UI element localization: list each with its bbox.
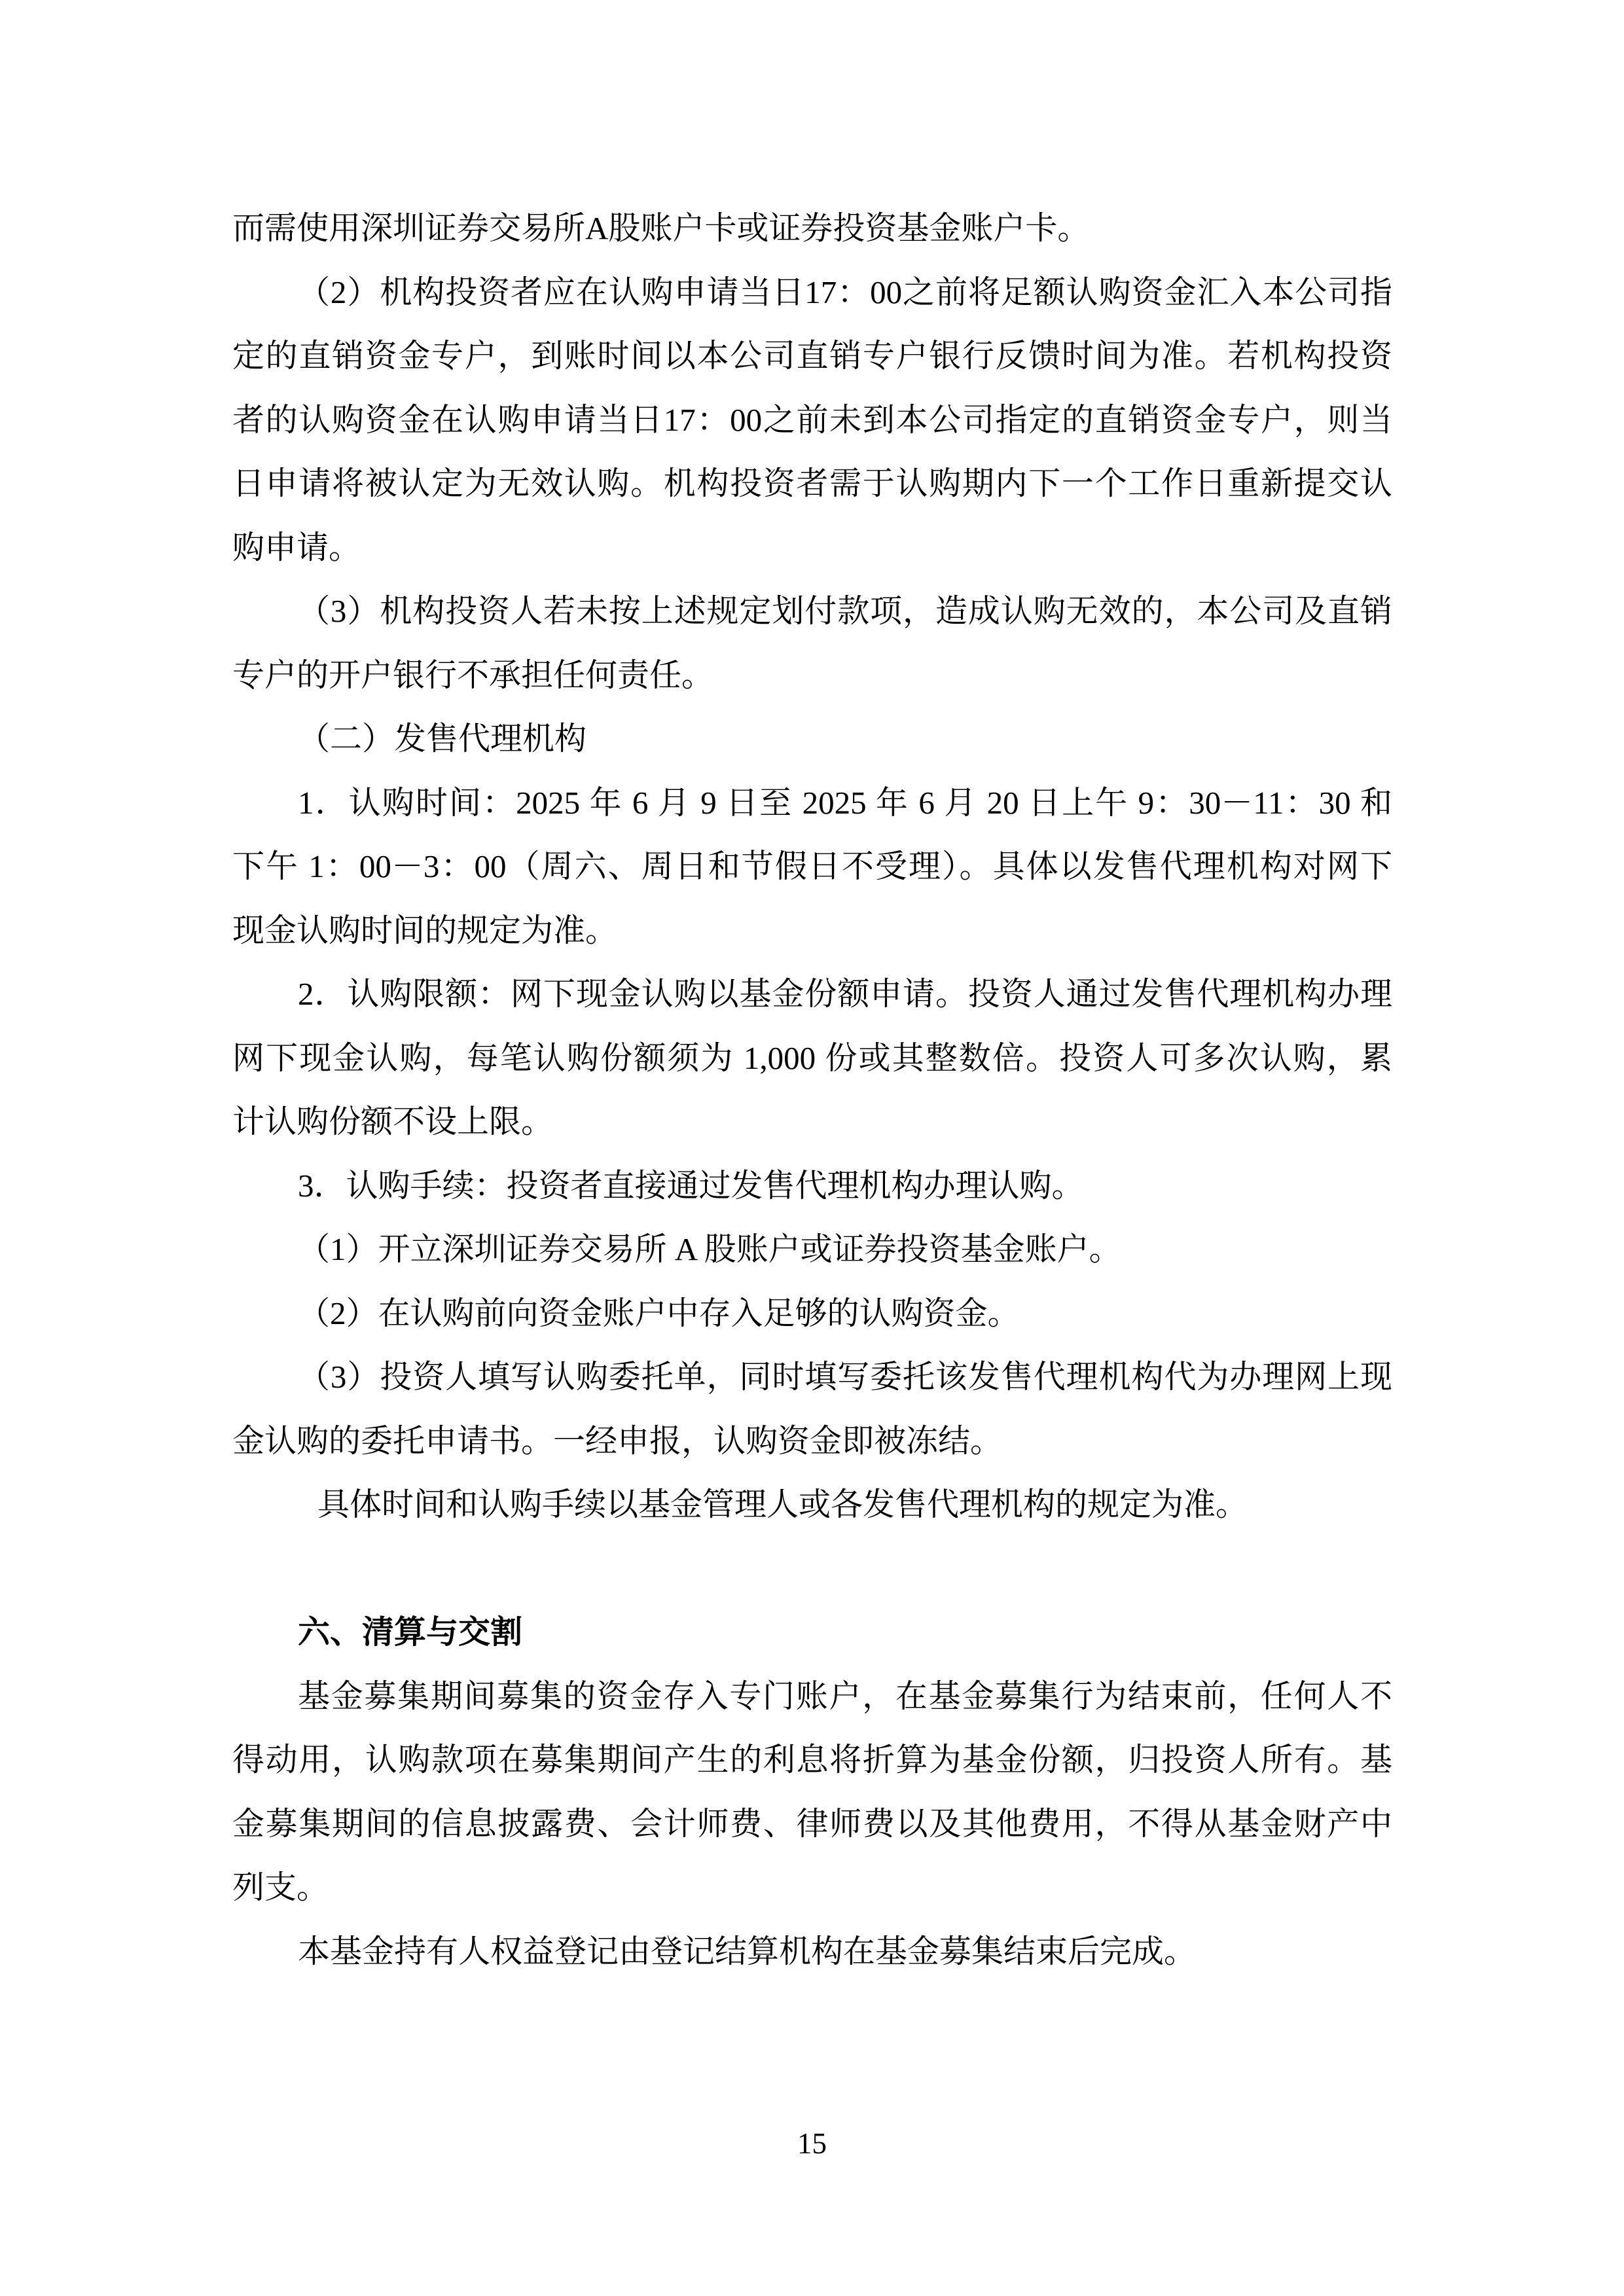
document-line: 列支。 [232,1856,1392,1920]
document-line: 专户的开户银行不承担任何责任。 [232,643,1392,708]
document-line: 者的认购资金在认购申请当日17：00之前未到本公司指定的直销资金专户，则当 [232,388,1392,452]
document-line: 定的直销资金专户，到账时间以本公司直销专户银行反馈时间为准。若机构投资 [232,324,1392,388]
document-line: 本基金持有人权益登记由登记结算机构在基金募集结束后完成。 [232,1920,1392,1984]
document-line: 3．认购手续：投资者直接通过发售代理机构办理认购。 [232,1154,1392,1218]
page-number: 15 [0,2127,1624,2160]
document-line: 日申请将被认定为无效认购。机构投资者需于认购期内下一个工作日重新提交认 [232,452,1392,516]
document-line: 具体时间和认购手续以基金管理人或各发售代理机构的规定为准。 [232,1473,1392,1537]
document-line: 1．认购时间：2025 年 6 月 9 日至 2025 年 6 月 20 日上午… [232,771,1392,835]
document-line: （3）机构投资人若未按上述规定划付款项，造成认购无效的，本公司及直销 [232,579,1392,643]
document-line: 购申请。 [232,516,1392,580]
document-line: 金募集期间的信息披露费、会计师费、律师费以及其他费用，不得从基金财产中 [232,1792,1392,1856]
document-line: 现金认购时间的规定为准。 [232,899,1392,963]
document-line: 基金募集期间募集的资金存入专门账户，在基金募集行为结束前，任何人不 [232,1664,1392,1729]
document-line: （2）机构投资者应在认购申请当日17：00之前将足额认购资金汇入本公司指 [232,260,1392,325]
blank-line [232,1537,1392,1601]
document-line: 得动用，认购款项在募集期间产生的利息将折算为基金份额，归投资人所有。基 [232,1728,1392,1792]
document-line: 网下现金认购，每笔认购份额须为 1,000 份或其整数倍。投资人可多次认购，累 [232,1026,1392,1090]
document-line: （二）发售代理机构 [232,707,1392,771]
document-line: （2）在认购前向资金账户中存入足够的认购资金。 [232,1282,1392,1346]
document-line: 2．认购限额：网下现金认购以基金份额申请。投资人通过发售代理机构办理 [232,962,1392,1026]
document-line: 下午 1：00－3：00（周六、周日和节假日不受理）。具体以发售代理机构对网下 [232,834,1392,899]
document-line: 金认购的委托申请书。一经申报，认购资金即被冻结。 [232,1409,1392,1473]
document-page: 而需使用深圳证券交易所A股账户卡或证券投资基金账户卡。（2）机构投资者应在认购申… [0,0,1624,2296]
document-line: 而需使用深圳证券交易所A股账户卡或证券投资基金账户卡。 [232,196,1392,260]
document-body: 而需使用深圳证券交易所A股账户卡或证券投资基金账户卡。（2）机构投资者应在认购申… [232,196,1392,1983]
document-line: （1）开立深圳证券交易所 A 股账户或证券投资基金账户。 [232,1217,1392,1282]
document-line: （3）投资人填写认购委托单，同时填写委托该发售代理机构代为办理网上现 [232,1345,1392,1409]
document-line: 计认购份额不设上限。 [232,1090,1392,1154]
section-heading: 六、清算与交割 [232,1600,1392,1664]
